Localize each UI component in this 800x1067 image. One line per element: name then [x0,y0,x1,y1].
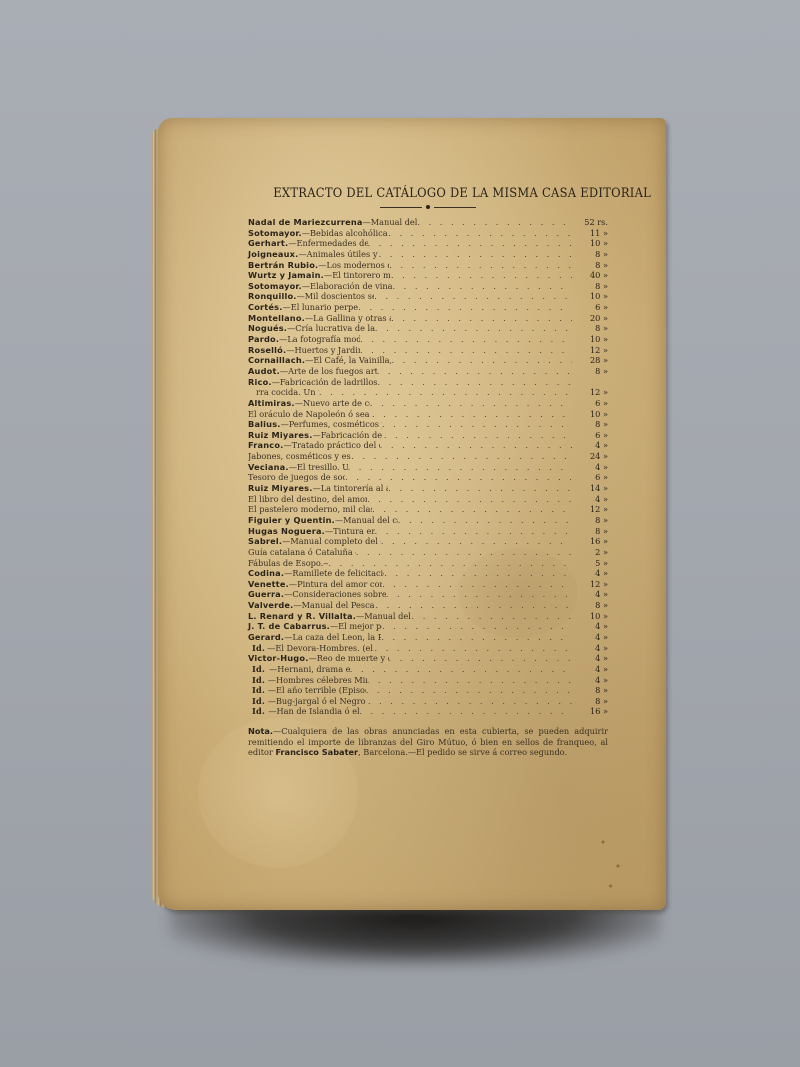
entry-description: Fábulas de Esopo.—Un tomo en 8.º [248,558,328,569]
catalog-entry: Tesoro de juegos de sociedad. Un tomo en… [248,472,608,483]
entry-description: —Consideraciones sobre la caza de la per… [284,589,386,600]
catalog-entry: El oráculo de Napoleón ó sea el libro de… [248,409,608,420]
entry-price: 10 » [572,238,608,249]
entry-author: Cortés. [248,302,283,313]
dot-leader [370,398,572,409]
entry-description: —Han de Islandia ó el hombre fiera, un t… [268,706,359,717]
entry-price: 8 » [572,281,608,292]
catalog-entry: Nadal de Mariezcurrena—Manual del fabric… [248,217,608,228]
entry-price: 6 » [572,398,608,409]
entry-price: 2 » [572,547,608,558]
entry-description: —Arte de los fuegos artificiales.—un tom… [280,366,377,377]
entry-description: —Elaboración de vinagres superiores. Un … [302,281,393,292]
entry-price: 6 » [572,430,608,441]
entry-description: —Tratado práctico del quitamanchas. Un t… [283,440,379,451]
entry-price: 4 » [572,664,608,675]
entry-author: Rico. [248,377,272,388]
catalog-extract: EXTRACTO DEL CATÁLOGO DE LA MISMA CASA E… [248,186,608,757]
entry-author: Victor-Hugo. [248,653,309,664]
dot-leader [380,440,572,451]
dot-leader [388,483,572,494]
dot-leader [356,547,572,558]
entry-price: 10 » [572,334,608,345]
catalog-entry: Audot.—Arte de los fuegos artificiales.—… [248,366,608,377]
dot-leader [382,579,572,590]
entry-description: —Mil doscientos secretos. Un tomo en 8.º [297,291,375,302]
entry-price: 16 » [572,706,608,717]
catalog-entry: El libro del destino, del amor y de la f… [248,494,608,505]
entry-price: 4 » [572,568,608,579]
dot-leader [377,377,572,388]
dot-leader [412,611,572,622]
publisher-name: Francisco Sabater [275,747,358,757]
dot-leader [358,302,572,313]
catalog-entry: Guerra.—Consideraciones sobre la caza de… [248,589,608,600]
dot-leader [367,494,572,505]
dot-leader [360,345,572,356]
catalog-entry: Veciana.—El tresillo. Un tomo en 4.º4 » [248,462,608,473]
catalog-entry: Id.—El Devora-Hombres. (el tigre, cacerí… [248,643,608,654]
entry-author: Id. [248,675,268,686]
entry-description: —Perfumes, cosméticos y aguas de color. … [281,419,382,430]
dot-leader [384,568,572,579]
entry-author: Id. [248,664,269,675]
catalog-entry: Rico.—Fabricación de ladrillos, tejas y … [248,377,608,388]
entry-description: —Manual del fabricante de alcoholes. [363,217,418,228]
entry-description: El pastelero moderno, mil clases especia… [248,504,372,515]
entry-description: —El Devora-Hombres. (el tigre, cacerías … [267,643,374,654]
entry-author: Id. [248,643,267,654]
catalog-entry: Gerhart.—Enfermedades del vino. Un tomo … [248,238,608,249]
dot-leader [389,653,572,664]
entry-description: rra cocida. Un tomo en 4.º [256,387,319,398]
entry-price: 4 » [572,621,608,632]
entry-author: Audot. [248,366,280,377]
entry-price: 4 » [572,632,608,643]
entry-price: 4 » [572,643,608,654]
catalog-note: Nota.—Cualquiera de las obras anunciadas… [248,726,608,757]
entry-price: 10 » [572,611,608,622]
entry-author: Cornaillach. [248,355,305,366]
dot-leader [389,260,572,271]
entry-author: Nadal de Mariezcurrena [248,217,363,228]
entry-price: 4 » [572,589,608,600]
entry-description: —La tintorería al alcance de todo el mun… [313,483,389,494]
dot-leader [366,685,572,696]
entry-author: Gerhart. [248,238,288,249]
entry-author: Franco. [248,440,283,451]
title-ornament [248,205,608,209]
catalog-entry: Cornaillach.—El Café, la Vainilla, el Ca… [248,355,608,366]
entry-author: Venette. [248,579,289,590]
entry-price: 40 » [572,270,608,281]
entry-author: Pardo. [248,334,279,345]
entry-price: 10 » [572,291,608,302]
entry-description: —El mejor perro de muestra. [330,621,382,632]
catalog-entry: Nogués.—Cría lucrativa de las palomas. U… [248,323,608,334]
catalog-entries: Nadal de Mariezcurrena—Manual del fabric… [248,217,608,717]
catalog-entry: Ruiz Miyares.—La tintorería al alcance d… [248,483,608,494]
entry-description: —La Gallina y otras aves de corral. Un t… [305,313,391,324]
entry-price: 8 » [572,600,608,611]
entry-description: Jabones, cosméticos y específicos. Un to… [248,451,351,462]
entry-description: —La caza del Leon, la Pantera, la Hiena,… [284,632,381,643]
entry-description: —Bug-jargal ó el Negro Rey. (Guerra Sto.… [268,696,368,707]
dot-leader [360,334,572,345]
entry-description: —Ramillete de felicitaciones, para todas… [284,568,384,579]
dot-leader [382,419,572,430]
entry-author: Altimiras. [248,398,295,409]
entry-author: Sotomayor. [248,281,302,292]
entry-price: 8 » [572,696,608,707]
entry-price: 8 » [572,526,608,537]
dot-leader [368,238,573,249]
entry-price: 8 » [572,366,608,377]
entry-price: 4 » [572,494,608,505]
entry-description: —Hernani, drama en 5 actos, un tomo. [269,664,350,675]
table-shadow [170,905,660,965]
dot-leader [374,291,572,302]
entry-author: L. Renard y R. Villalta. [248,611,356,622]
dot-leader [348,462,572,473]
entry-author: Ronquillo. [248,291,297,302]
entry-price: 6 » [572,472,608,483]
entry-price: 28 » [572,355,608,366]
entry-description: —Bebidas alcohólicas y fermentadas. Un t… [302,228,389,239]
catalog-entry: Balius.—Perfumes, cosméticos y aguas de … [248,419,608,430]
catalog-entry: Franco.—Tratado práctico del quitamancha… [248,440,608,451]
entry-description: —Reo de muerte y el verdugo, un tomo may… [309,653,389,664]
dot-leader [417,217,572,228]
catalog-entry: Joigneaux.—Animales útiles y dañinos á l… [248,249,608,260]
entry-price: 4 » [572,440,608,451]
catalog-entry: Venette.—Pintura del amor conyugal. Un t… [248,579,608,590]
catalog-entry: Gerard.—La caza del Leon, la Pantera, la… [248,632,608,643]
entry-price: 6 » [572,302,608,313]
catalog-entry: Id.—Hernani, drama en 5 actos, un tomo.4… [248,664,608,675]
entry-author: Id. [248,685,268,696]
entry-price: 16 » [572,536,608,547]
dot-leader [391,270,572,281]
entry-author: Hugas Noguera. [248,526,325,537]
catalog-entry: Roselló.—Huertos y Jardines. Un tomo en … [248,345,608,356]
dot-leader [367,675,572,686]
entry-description: —Manual del Pescador, con anzuelo y rede… [293,600,375,611]
entry-author: Wurtz y Jamain. [248,270,324,281]
entry-author: Nogués. [248,323,287,334]
entry-price: 8 » [572,685,608,696]
entry-price: 4 » [572,462,608,473]
dot-leader [391,355,572,366]
dot-leader [384,430,572,441]
entry-author: Roselló. [248,345,286,356]
entry-price: 12 » [572,345,608,356]
entry-price: 11 » [572,228,608,239]
dot-leader [345,472,572,483]
entry-description: —El año terrible (Episodios guerra Prusi… [268,685,366,696]
catalog-entry: Sotomayor.—Bebidas alcohólicas y ferment… [248,228,608,239]
catalog-entry: Ronquillo.—Mil doscientos secretos. Un t… [248,291,608,302]
entry-author: Joigneaux. [248,249,298,260]
entry-price: 5 » [572,558,608,569]
entry-description: El libro del destino, del amor y de la f… [248,494,367,505]
ornament-rule [434,207,476,208]
entry-author: Veciana. [248,462,289,473]
entry-author: Ruiz Miyares. [248,483,313,494]
dot-leader [381,632,572,643]
entry-author: Bertrán Rubio. [248,260,318,271]
entry-price: 8 » [572,260,608,271]
note-label: Nota. [248,726,273,736]
entry-description: Tesoro de juegos de sociedad. Un tomo en… [248,472,345,483]
entry-author: Guerra. [248,589,284,600]
catalog-entry: Codina.—Ramillete de felicitaciones, par… [248,568,608,579]
entry-description: Guía catalana ó Cataluña en la mano. Un … [248,547,356,558]
entry-description: —Nuevo arte de cocina. Un tomo en 4.º [295,398,370,409]
catalog-entry: Id.—Hombres célebres Mirabeau, Voltaire,… [248,675,608,686]
dot-leader [391,313,572,324]
entry-author: Valverde. [248,600,293,611]
entry-description: El oráculo de Napoleón ó sea el libro de… [248,409,372,420]
foxing-spots [588,818,638,898]
entry-price: 8 » [572,419,608,430]
note-text-end: , Barcelona.—El pedido se sirve á correo… [358,747,567,757]
entry-price: 14 » [572,483,608,494]
entry-author: Balius. [248,419,281,430]
entry-price: 8 » [572,249,608,260]
ornament-dot [426,205,430,209]
catalog-entry: Jabones, cosméticos y específicos. Un to… [248,451,608,462]
catalog-entry: Bertrán Rubio.—Los modernos derroteros d… [248,260,608,271]
catalog-entry: Sabrel.—Manual completo del encuadernado… [248,536,608,547]
entry-description: —Animales útiles y dañinos á la agricult… [298,249,378,260]
dot-leader [319,387,572,398]
dot-leader [350,664,572,675]
entry-author: Codina. [248,568,284,579]
dot-leader [375,323,572,334]
catalog-entry: L. Renard y R. Villalta.—Manual del caza… [248,611,608,622]
entry-author: Sabrel. [248,536,282,547]
entry-description: —El tintorero moderno. Un tomo en 4.º [324,270,391,281]
entry-price: 8 » [572,323,608,334]
catalog-entry: Montellano.—La Gallina y otras aves de c… [248,313,608,324]
entry-author: Id. [248,696,268,707]
entry-description: —Manual del cafetero. Un tomo en 8.º [335,515,398,526]
entry-description: —Pintura del amor conyugal. Un tomo en 8… [289,579,382,590]
entry-price: 4 » [572,653,608,664]
catalog-entry: Altimiras.—Nuevo arte de cocina. Un tomo… [248,398,608,409]
dot-leader [379,249,572,260]
dot-leader [372,409,572,420]
catalog-entry: El pastelero moderno, mil clases especia… [248,504,608,515]
dot-leader [351,451,572,462]
entry-description: —Cría lucrativa de las palomas. Un tomo … [287,323,375,334]
dot-leader [375,600,572,611]
dot-leader [381,536,572,547]
entry-description: —Fabricación de ladrillos, tejas y demás… [272,377,378,388]
dot-leader [392,281,572,292]
entry-price: 10 » [572,409,608,420]
ornament-rule [380,207,422,208]
catalog-entry: Wurtz y Jamain.—El tintorero moderno. Un… [248,270,608,281]
dot-leader [386,589,572,600]
catalog-entry: J. T. de Cabarrus.—El mejor perro de mue… [248,621,608,632]
catalog-entry: Valverde.—Manual del Pescador, con anzue… [248,600,608,611]
dot-leader [368,696,572,707]
entry-author: J. T. de Cabarrus. [248,621,330,632]
entry-description: —Huertos y Jardines. Un tomo en 4.º [286,345,360,356]
catalog-entry: Id.—Han de Islandia ó el hombre fiera, u… [248,706,608,717]
catalog-entry: Ruiz Miyares.—Fabricación de toda clase … [248,430,608,441]
entry-author: Ruiz Miyares. [248,430,313,441]
dot-leader [377,366,572,377]
dot-leader [372,504,572,515]
entry-author: Montellano. [248,313,305,324]
entry-description: —Los modernos derroteros de la higiene. [318,260,389,271]
entry-description: —La fotografía moderna. Un tomo en 8.º [279,334,360,345]
entry-price: 8 » [572,515,608,526]
catalog-entry: Pardo.—La fotografía moderna. Un tomo en… [248,334,608,345]
catalog-entry: Fábulas de Esopo.—Un tomo en 8.º5 » [248,558,608,569]
catalog-entry: Guía catalana ó Cataluña en la mano. Un … [248,547,608,558]
catalog-entry: rra cocida. Un tomo en 4.º12 » [248,387,608,398]
entry-price: 24 » [572,451,608,462]
dot-leader [388,228,572,239]
catalog-entry: Victor-Hugo.—Reo de muerte y el verdugo,… [248,653,608,664]
entry-author: Figuier y Quentin. [248,515,335,526]
entry-description: —El lunario perpetuo. Un tomo en 8.º [283,302,359,313]
entry-author: Gerard. [248,632,284,643]
dot-leader [374,643,572,654]
catalog-entry: Id.—El año terrible (Episodios guerra Pr… [248,685,608,696]
entry-description: —Hombres célebres Mirabeau, Voltaire, 1 … [268,675,367,686]
dot-leader [382,621,572,632]
entry-description: —Fabricación de toda clase de barnices. [313,430,384,441]
entry-price: 12 » [572,387,608,398]
dot-leader [398,515,572,526]
entry-description: —Manual completo del encuadernador. Un t… [282,536,381,547]
entry-price: 4 » [572,675,608,686]
catalog-entry: Sotomayor.—Elaboración de vinagres super… [248,281,608,292]
catalog-title: EXTRACTO DEL CATÁLOGO DE LA MISMA CASA E… [273,186,583,201]
entry-author: Sotomayor. [248,228,302,239]
catalog-entry: Hugas Noguera.—Tintura en ropas usadas.8… [248,526,608,537]
entry-description: —Manual del cazador, con grabados. [356,611,411,622]
entry-author: Id. [248,706,268,717]
dot-leader [328,558,572,569]
catalog-entry: Figuier y Quentin.—Manual del cafetero. … [248,515,608,526]
catalog-entry: Id.—Bug-jargal ó el Negro Rey. (Guerra S… [248,696,608,707]
entry-price: 52 rs. [572,217,608,228]
entry-description: —El Café, la Vainilla, el Cacao y el Té.… [305,355,391,366]
entry-price: 12 » [572,579,608,590]
entry-description: —Tintura en ropas usadas. [325,526,375,537]
catalog-entry: Cortés.—El lunario perpetuo. Un tomo en … [248,302,608,313]
dot-leader [359,706,572,717]
entry-price: 20 » [572,313,608,324]
entry-description: —El tresillo. Un tomo en 4.º [289,462,348,473]
entry-description: —Enfermedades del vino. Un tomo en 8.º [288,238,367,249]
entry-price: 12 » [572,504,608,515]
dot-leader [375,526,572,537]
